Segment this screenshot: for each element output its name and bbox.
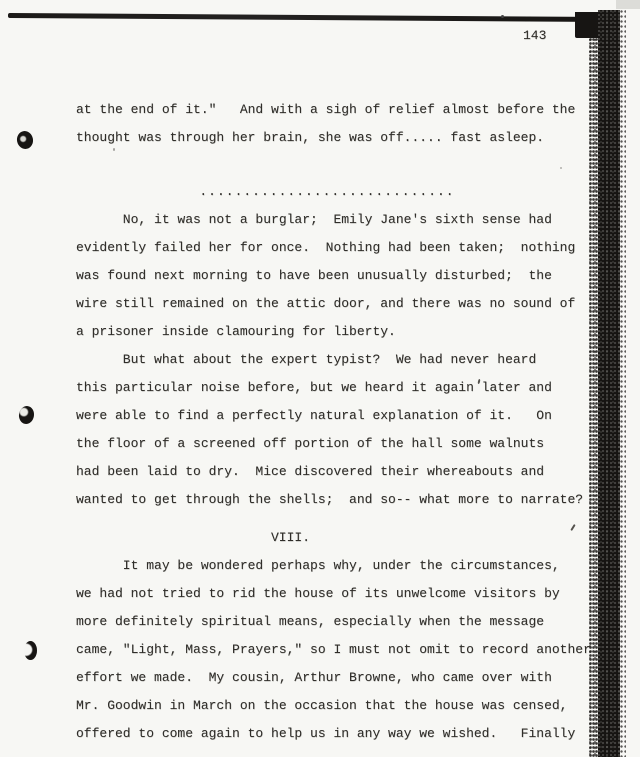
text-line: was found next morning to have been unus… (76, 262, 578, 290)
binder-hole-mark-2 (18, 405, 35, 425)
text-line: the floor of a screened off portion of t… (76, 430, 578, 458)
page-number: 143 (523, 28, 546, 43)
scan-right-band-fringe-right (620, 10, 626, 757)
text-line: had been laid to dry. Mice discovered th… (76, 458, 578, 486)
scan-speck (501, 15, 504, 18)
text-line: wanted to get through the shells; and so… (76, 486, 578, 514)
text-line: It may be wondered perhaps why, under th… (76, 552, 578, 580)
dotted-separator: ............................. (76, 178, 578, 206)
text-line: at the end of it." And with a sigh of re… (76, 96, 578, 124)
text-line: came, "Light, Mass, Prayers," so I must … (76, 636, 578, 664)
text-line: a prisoner inside clamouring for liberty… (76, 318, 578, 346)
section-heading: VIII. (271, 524, 578, 552)
text-line: this particular noise before, but we hea… (76, 374, 578, 402)
scan-corner-shadow (616, 0, 640, 9)
text-line: But what about the expert typist? We had… (76, 346, 578, 374)
page-text: at the end of it." And with a sigh of re… (76, 96, 578, 748)
binder-hole-mark-1 (15, 130, 34, 151)
text-line: offered to come again to help us in any … (76, 720, 578, 748)
text-line: No, it was not a burglar; Emily Jane's s… (76, 206, 578, 234)
text-line: effort we made. My cousin, Arthur Browne… (76, 664, 578, 692)
text-line: evidently failed her for once. Nothing h… (76, 234, 578, 262)
scanned-page: 143 at the end of it." And with a sigh o… (0, 0, 640, 757)
text-line: were able to find a perfectly natural ex… (76, 402, 578, 430)
scan-right-edge-band (598, 10, 620, 757)
text-line: wire still remained on the attic door, a… (76, 290, 578, 318)
binder-hole-mark-3 (24, 641, 37, 660)
text-line: Mr. Goodwin in March on the occasion tha… (76, 692, 578, 720)
text-line: thought was through her brain, she was o… (76, 124, 578, 152)
text-line: more definitely spiritual means, especia… (76, 608, 578, 636)
text-line: we had not tried to rid the house of its… (76, 580, 578, 608)
